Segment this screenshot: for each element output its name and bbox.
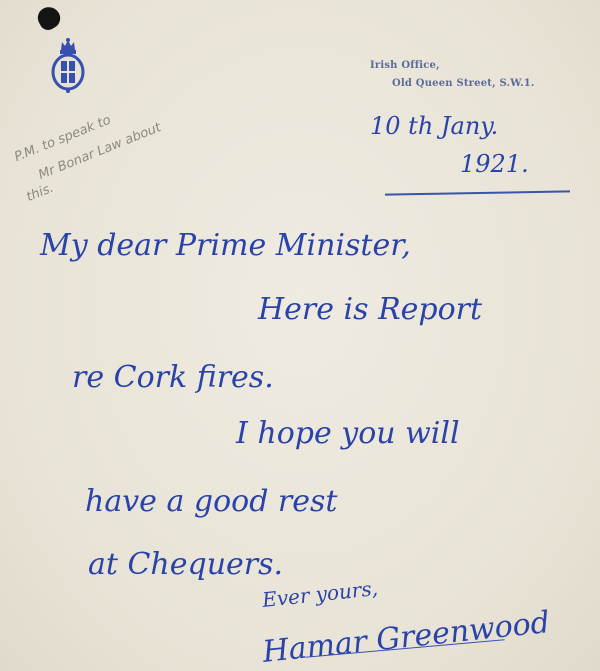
pencil-note-line-3: this. bbox=[24, 181, 55, 205]
date-year: 1921. bbox=[460, 150, 529, 178]
letter-page: Irish Office, Old Queen Street, S.W.1. P… bbox=[0, 0, 600, 671]
date-day: 10 th Jany. bbox=[370, 112, 498, 140]
body-line-1: Here is Report bbox=[258, 292, 482, 327]
body-line-4: have a good rest bbox=[85, 484, 337, 519]
body-line-5: at Chequers. bbox=[88, 547, 283, 582]
punch-hole bbox=[34, 3, 64, 33]
royal-crest-icon bbox=[48, 36, 88, 94]
date-underline bbox=[385, 190, 570, 195]
signature: Hamar Greenwood bbox=[261, 605, 551, 670]
body-line-2: re Cork fires. bbox=[72, 360, 274, 395]
letterhead-address: Old Queen Street, S.W.1. bbox=[392, 78, 535, 89]
body-line-3: I hope you will bbox=[236, 416, 460, 451]
salutation: My dear Prime Minister, bbox=[40, 228, 411, 263]
letterhead-office: Irish Office, bbox=[370, 60, 440, 71]
